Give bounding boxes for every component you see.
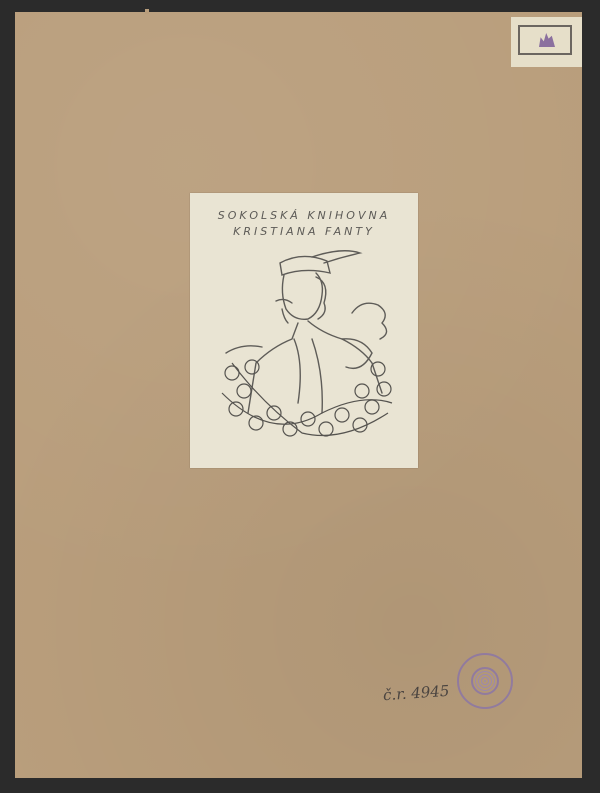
- handwritten-catalog-number: č.r. 4945: [382, 682, 450, 705]
- bookplate-title-line1: SOKOLSKÁ KNIHOVNA: [190, 209, 418, 222]
- library-stamp-icon: [457, 653, 513, 709]
- label-frame: [518, 25, 572, 55]
- purple-mark-icon: [539, 33, 555, 47]
- paper-tab: [145, 9, 149, 14]
- corner-label: [511, 17, 582, 67]
- bookplate-title-line2: KRISTIANA FANTY: [190, 225, 418, 238]
- bookplate-card: SOKOLSKÁ KNIHOVNA KRISTIANA FANTY: [190, 193, 418, 468]
- portrait-illustration: [212, 243, 402, 443]
- stamp-center: [471, 667, 499, 695]
- cardboard-folder: SOKOLSKÁ KNIHOVNA KRISTIANA FANTY: [15, 12, 582, 778]
